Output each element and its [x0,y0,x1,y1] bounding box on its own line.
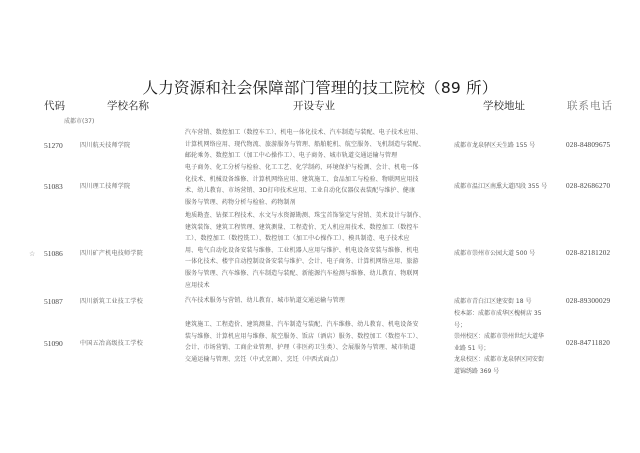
school-code: 51270 [44,140,63,152]
majors-line: 装与维修、计算机应用与维修、航空服务、饭店（酒店）服务、数控加工（数控车工）、 [185,331,447,343]
school-majors: 汽车营销、数控加工（数控车工）、机电一体化技术、汽车制造与装配、电子技术应用、 … [185,127,447,162]
school-name: 中国五冶高级技工学校 [80,338,143,350]
majors-line: 汽车营销、数控加工（数控车工）、机电一体化技术、汽车制造与装配、电子技术应用、 [185,127,447,139]
school-code: 51086 [44,248,63,260]
school-address: 成都市青白江区建安街 18 号 [454,296,564,308]
majors-line: 工）、数控加工（数控铣工）、数控加工（加工中心操作工）、模具制造、电子技术应 [185,233,447,245]
school-code: 51090 [44,338,63,350]
majors-line: 邮轮乘务、数控加工（加工中心操作工）、电子商务、城市轨道交通运输与管理 [185,150,447,162]
majors-line: 会计、市场营销、工商企业管理、护理（非医药卫生类）、会展服务与管理、城市轨道 [185,342,447,354]
majors-line: 服务与管理、汽车维修、汽车制造与装配、新能源汽车检测与维修、幼儿教育、物联网 [185,268,447,280]
school-name: 四川新筑工业技工学校 [80,296,143,308]
majors-line: 交通运输与管理、烹饪（中式烹调）、烹饪（中西式面点） [185,354,447,366]
school-name: 四川矿产机电技师学院 [80,248,143,260]
school-majors: 汽车技术服务与营销、幼儿教育、城市轨道交通运输与管理 [185,295,447,307]
address-line: 崇州校区：成都市崇州世纪大道华 [454,331,564,343]
star-icon: ☆ [29,250,35,258]
header-phone: 联系电话 [567,98,613,113]
school-code: 51087 [44,296,63,308]
header-address: 学校地址 [483,98,525,113]
majors-line: 地质勘查、钻探工程技术、水文与水资源勘测、珠宝首饰鉴定与营销、美术设计与制作、 [185,210,447,222]
header-name: 学校名称 [107,98,149,113]
majors-line: 化技术、机械设备维修、计算机网络应用、建筑施工、食品加工与检验、物联网应用技 [185,174,447,186]
school-address: 成都市崇州市公园大道 500 号 [454,248,564,260]
majors-line: 建筑装饰、建筑工程管理、建筑测量、工程造价、无人机应用技术、数控加工（数控车 [185,222,447,234]
majors-line: 汽车技术服务与营销、幼儿教育、城市轨道交通运输与管理 [185,295,447,307]
majors-line: 计算机网络应用、现代物流、旅游服务与管理、船舶舵机、航空服务、飞机制造与装配、 [185,139,447,151]
address-line: 道锦绣路 369 号 [454,366,564,378]
majors-line: 一体化技术、楼宇自动控制设备安装与维护、会计、电子商务、计算机网络应用、旅游 [185,256,447,268]
majors-line: 用、电气自动化设备安装与维修、工业机器人应用与维护、机电设备安装与维修、机电 [185,245,447,257]
school-majors: 地质勘查、钻探工程技术、水文与水资源勘测、珠宝首饰鉴定与营销、美术设计与制作、 … [185,210,447,291]
school-name: 四川理工技师学院 [80,181,130,193]
school-phone: 028-84711820 [566,338,610,350]
address-line: 号； [454,320,564,332]
school-phone: 028-89300029 [566,296,610,308]
majors-line: 电子商务、化工分析与检验、化工工艺、化学制药、环境保护与检测、会计、机电一体 [185,162,447,174]
school-majors: 建筑施工、工程造价、建筑测量、汽车制造与装配、汽车维修、幼儿教育、机电设备安 装… [185,319,447,365]
school-phone: 028-82181202 [566,248,610,260]
school-address: 校本部：成都市成华区槐树店 35 号； 崇州校区：成都市崇州世纪大道华 业路 5… [454,308,564,377]
region-label: 成都市(37) [64,116,94,125]
address-line: 校本部：成都市成华区槐树店 35 [454,308,564,320]
header-code: 代码 [44,98,65,113]
school-address: 成都市龙泉驿区天生路 155 号 [454,140,564,152]
address-line: 龙泉校区：成都市龙泉驿区同安街 [454,354,564,366]
majors-line: 服务与管理、药物分析与检验、药物制剂 [185,197,447,209]
page-title: 人力资源和社会保障部门管理的技工院校（89 所） [0,76,640,98]
majors-line: 应用技术 [185,280,447,292]
address-line: 业路 51 号； [454,343,564,355]
majors-line: 术、幼儿教育、市场营销、3D打印技术应用、工业自动化仪器仪表装配与维护、健康 [185,185,447,197]
school-name: 四川航天技师学院 [80,140,130,152]
school-phone: 028-84809675 [566,140,610,152]
school-phone: 028-82686270 [566,181,610,193]
majors-line: 建筑施工、工程造价、建筑测量、汽车制造与装配、汽车维修、幼儿教育、机电设备安 [185,319,447,331]
school-code: 51083 [44,181,63,193]
school-address: 成都市温江区南熏大道四段 355 号 [454,181,564,193]
header-majors: 开设专业 [293,98,335,113]
school-majors: 电子商务、化工分析与检验、化工工艺、化学制药、环境保护与检测、会计、机电一体 化… [185,162,447,208]
